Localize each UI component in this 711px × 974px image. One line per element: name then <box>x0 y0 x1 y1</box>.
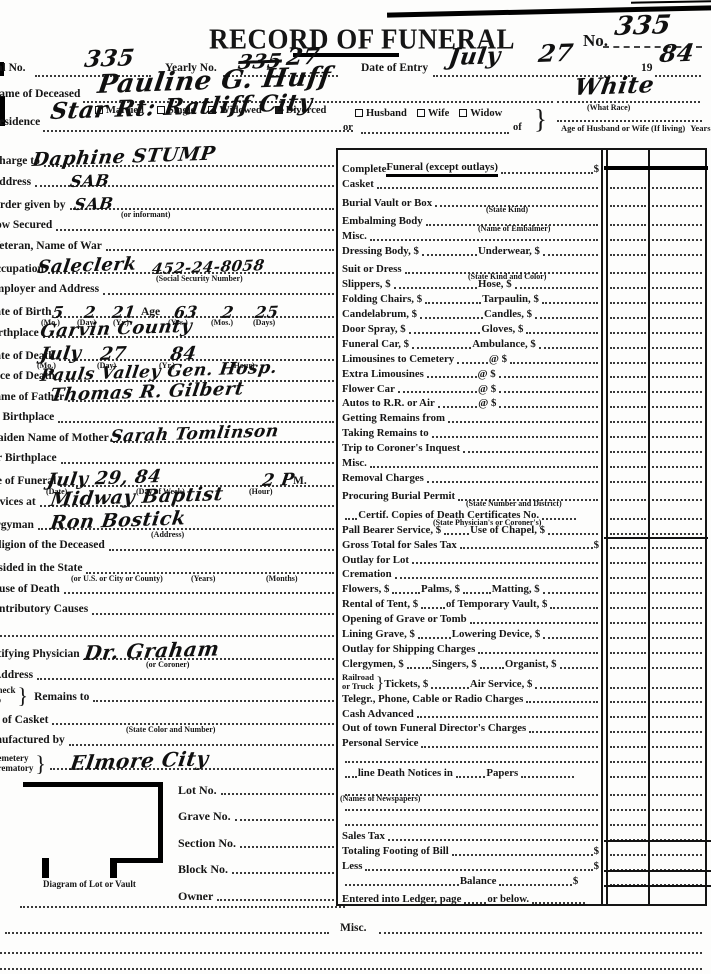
expense-label: Misc. <box>342 458 367 471</box>
expense-row: Removal Charges <box>338 471 705 486</box>
dotted-leader <box>395 577 598 579</box>
field-label: How Secured <box>0 220 52 235</box>
form-field-row: His Birthplace <box>0 406 335 427</box>
dotted-leader <box>106 249 334 251</box>
amount-cell <box>652 406 702 408</box>
field-label: Order given by <box>0 200 66 215</box>
brace-line: up <box>0 696 16 706</box>
amount-cell <box>610 421 646 423</box>
dotted-leader <box>345 884 459 886</box>
dotted-leader <box>345 776 357 778</box>
dotted-leader <box>370 466 598 468</box>
amount-cell <box>652 376 702 378</box>
expense-row: Extra Limousines@ $ <box>338 367 705 382</box>
expense-row-label-area: Flower Car@ $ <box>338 381 599 396</box>
expense-row: Casket <box>338 177 705 192</box>
dotted-leader <box>345 518 357 520</box>
form-field-row: If Veteran, Name of War <box>0 235 335 256</box>
brace-glyph: } <box>18 686 29 706</box>
expense-row: Cremation <box>338 567 705 582</box>
form-field-row: Manufactured by <box>0 729 335 750</box>
form-field-row: How Secured <box>0 214 335 235</box>
or-label: or <box>343 123 353 134</box>
expense-row-label-area: Funeral Car, $Ambulance, $ <box>338 337 599 352</box>
expense-label: Embalming Body <box>342 216 423 229</box>
expense-row-label-area: Misc. <box>338 456 599 471</box>
expense-row-label-area: Trip to Coroner's Inquest <box>338 441 599 456</box>
form-field-row: Style of Casket(State Color and Number) <box>0 706 335 729</box>
expense-label: $ <box>573 876 578 889</box>
dotted-leader <box>542 518 576 520</box>
amount-cell <box>610 761 646 763</box>
expense-row-label-area: Outlay for Lot <box>338 552 599 567</box>
form-field-row: Name of FatherThomas R. Gilbert <box>0 386 335 407</box>
amount-cell <box>610 224 646 226</box>
amount-cell <box>652 854 702 856</box>
expense-row-label-area: Embalming Body <box>338 210 599 229</box>
amount-cell <box>610 205 646 207</box>
residence-value: Star Rt: Ratliff City <box>49 91 314 123</box>
dotted-leader <box>420 317 483 319</box>
expense-label: Opening of Grave or Tomb <box>342 614 467 627</box>
amount-cell <box>610 652 646 654</box>
amount-cell <box>652 466 702 468</box>
dotted-leader <box>499 884 571 886</box>
amount-rule <box>604 840 711 842</box>
amount-cell <box>652 607 702 609</box>
expense-row: Rental of Tent, $of Temporary Vault, $ <box>338 597 705 612</box>
field-label: Maiden Name of Mother <box>0 433 109 448</box>
lot-field-row: Owner <box>178 878 335 905</box>
amount-cell <box>610 577 646 579</box>
form-field-row: CemeteryCrematory}Elmore City <box>0 750 335 774</box>
entry-month-value: July <box>447 44 502 69</box>
form-field-row: Resided in the State(or U.S. or City or … <box>0 555 335 578</box>
expense-row-label-area: Autos to R.R. or Air@ $ <box>338 396 599 411</box>
amount-cell <box>610 406 646 408</box>
expense-row <box>338 814 705 829</box>
field-label: Remains to <box>34 692 89 707</box>
expense-label: Limousines to Cemetery <box>342 354 454 367</box>
dotted-leader <box>37 678 334 680</box>
expense-row-label-area: Burial Vault or Box <box>338 192 599 211</box>
expense-row: Slippers, $Hose, $ <box>338 277 705 292</box>
amount-cell <box>610 716 646 718</box>
dotted-leader <box>361 132 509 134</box>
brace-glyph: } <box>35 754 46 774</box>
amount-cell <box>610 824 646 826</box>
dotted-leader <box>417 716 598 718</box>
dotted-leader <box>425 302 481 304</box>
expense-label: Trip to Coroner's Inquest <box>342 443 460 456</box>
field-label: Religion of the Deceased <box>0 540 105 555</box>
expense-row-label-area: Cash Advanced <box>338 706 599 721</box>
dotted-leader <box>432 436 598 438</box>
expense-label: Sales Tax <box>342 831 385 844</box>
field-label: Address <box>0 177 31 192</box>
lot-field-row: Block No. <box>178 852 335 879</box>
amount-cell <box>610 518 646 520</box>
amount-cell <box>610 302 646 304</box>
amount-cell <box>610 547 646 549</box>
dotted-leader <box>535 687 598 689</box>
expense-label: Balance <box>460 876 497 889</box>
amount-cell <box>652 761 702 763</box>
dotted-leader <box>464 902 486 904</box>
spouse-option-widow: Widow <box>459 108 502 119</box>
amount-cell <box>610 332 646 334</box>
serial-no-value: 335 <box>83 46 136 71</box>
amount-cell <box>652 577 702 579</box>
left-field-column: Charge toDaphine STUMPAddressSABOrder gi… <box>0 150 335 774</box>
dotted-leader <box>543 254 598 256</box>
amount-cell <box>610 347 646 349</box>
dotted-leader <box>412 562 598 564</box>
spouse-age-line: Age of Husband or Wife (If living) Years <box>561 124 701 133</box>
expense-label: Procuring Burial Permit <box>342 491 455 504</box>
amount-cell <box>652 652 702 654</box>
dotted-leader <box>548 533 598 535</box>
dotted-leader <box>365 869 592 871</box>
dotted-leader <box>240 846 334 848</box>
expense-row-label-area: Gross Total for Sales Tax$ <box>338 538 599 553</box>
brace-line: Check <box>0 686 16 696</box>
expense-label: Lowering Device, $ <box>452 629 540 642</box>
form-field-row: Checkup}Remains to <box>0 684 335 706</box>
form-field-row: Religion of the Deceased <box>0 534 335 555</box>
expense-label: Taking Remains to <box>342 428 429 441</box>
expense-row: Less$ <box>338 859 705 874</box>
amount-cell <box>610 809 646 811</box>
field-label: Owner <box>178 890 213 905</box>
dotted-leader <box>109 549 334 551</box>
amount-cell <box>610 731 646 733</box>
amount-cell <box>610 854 646 856</box>
dotted-leader <box>499 376 598 378</box>
amount-cell <box>652 701 702 703</box>
form-field-row: Certifying PhysicianDr. Graham(or Corone… <box>0 641 335 664</box>
expense-row: Totaling Footing of Bill$ <box>338 844 705 859</box>
expense-row-label-area <box>338 814 599 829</box>
expense-row-label-area: Personal Service <box>338 736 599 751</box>
dotted-leader <box>532 902 585 904</box>
field-label: Grave No. <box>178 810 231 825</box>
expense-row-label-area: Balance$ <box>338 874 599 889</box>
expense-row-label-area: Cremation <box>338 567 599 582</box>
lot-field-row: Lot No. <box>178 772 335 799</box>
expense-row: Out of town Funeral Director's Charges <box>338 721 705 736</box>
spouse-option-wife: Wife <box>417 108 449 119</box>
field-label: Manufactured by <box>0 735 65 750</box>
amount-cell <box>652 317 702 319</box>
expense-label: Matting, $ <box>492 584 540 597</box>
expense-row: Taking Remains to <box>338 426 705 441</box>
expense-row: Pall Bearer Service, $Use of Chapel, $ <box>338 523 705 538</box>
expense-label: Entered into Ledger, page <box>342 894 461 907</box>
expense-label: Clergymen, $ <box>342 659 404 672</box>
expense-row-label-area: Telegr., Phone, Cable or Radio Charges <box>338 692 599 707</box>
amount-cell <box>652 187 702 189</box>
expense-row: Misc. <box>338 229 705 244</box>
expense-label: Rental of Tent, $ <box>342 599 418 612</box>
expense-label: Telegr., Phone, Cable or Radio Charges <box>342 694 523 707</box>
expense-row-label-area: Sales Tax <box>338 829 599 844</box>
amount-cell <box>652 436 702 438</box>
dotted-leader <box>388 839 598 841</box>
lot-field-row: Grave No. <box>178 799 335 826</box>
form-field-row: OccupationSaleclerk452-24-8058(Social Se… <box>0 255 335 278</box>
dotted-leader <box>370 239 598 241</box>
expense-label: Tarpaulin, $ <box>482 294 539 307</box>
field-label: Her Birthplace <box>0 453 57 468</box>
expense-label-underlined: Funeral (except outlays) <box>386 162 498 177</box>
amount-cell <box>610 287 646 289</box>
expense-label: Burial Vault or Box <box>342 198 432 211</box>
lot-diagram-tick <box>110 858 117 878</box>
handwritten-entry: Dr. Graham <box>83 638 221 663</box>
amount-cell <box>652 347 702 349</box>
dotted-leader <box>480 667 504 669</box>
expense-row: Clergymen, $Singers, $Organist, $ <box>338 657 705 672</box>
dotted-leader <box>543 592 598 594</box>
expense-label: Flowers, $ <box>342 584 389 597</box>
expense-label: $ <box>594 846 599 859</box>
dotted-leader <box>557 120 702 122</box>
brace-label: Checkup} <box>0 686 28 706</box>
amount-cell <box>652 287 702 289</box>
amount-cell <box>652 224 702 226</box>
amount-cell <box>610 776 646 778</box>
brace-glyph: } <box>376 675 384 690</box>
expense-label: Papers <box>486 768 518 781</box>
expense-row-label-area: Entered into Ledger, pageor below. <box>338 889 599 907</box>
form-field-row: AddressSAB <box>0 171 335 192</box>
date-of-entry-label: Date of Entry <box>361 63 428 75</box>
dotted-leader <box>521 776 574 778</box>
expense-label: Personal Service <box>342 738 418 751</box>
dotted-leader <box>345 824 598 826</box>
amount-cell <box>610 317 646 319</box>
expense-row-label-area <box>338 751 599 766</box>
handwritten-entry: Saleclerk <box>36 256 138 277</box>
expense-label: Autos to R.R. or Air <box>342 398 435 411</box>
amount-cell <box>610 481 646 483</box>
expense-label: Gross Total for Sales Tax <box>342 540 457 553</box>
expense-row: Complete Funeral (except outlays)$ <box>338 153 705 177</box>
expense-row: Flower Car@ $ <box>338 381 705 396</box>
amount-cell <box>652 533 702 535</box>
expense-row: Sales Tax <box>338 829 705 844</box>
expense-label: Candles, $ <box>484 309 532 322</box>
expense-label: Flower Car <box>342 384 395 397</box>
expense-row: Railroador Truck} Tickets, $Air Service,… <box>338 672 705 692</box>
expense-row-label-area: Totaling Footing of Bill$ <box>338 844 599 859</box>
dotted-leader <box>5 932 329 934</box>
amount-cell <box>652 794 702 796</box>
form-field-row: Contributory Causes <box>0 598 335 619</box>
dotted-leader <box>379 932 702 934</box>
expense-row: Personal Service <box>338 736 705 751</box>
dotted-leader <box>221 793 334 795</box>
amount-cell <box>610 272 646 274</box>
expense-row: Getting Remains from <box>338 411 705 426</box>
amount-cell <box>610 687 646 689</box>
dotted-leader <box>103 293 334 295</box>
expense-row-label-area: Clergymen, $Singers, $Organist, $ <box>338 657 599 672</box>
expense-row: Embalming Body(Name of Embalmer) <box>338 210 705 229</box>
entry-year-value: 84 <box>658 41 696 66</box>
amount-cell <box>652 362 702 364</box>
expense-label: Use of Chapel, $ <box>470 525 545 538</box>
expense-label: Tickets, $ <box>384 679 428 692</box>
expense-label: Dressing Body, $ <box>342 246 419 259</box>
checkbox-icon <box>355 109 363 117</box>
printed-text: M. <box>293 476 307 488</box>
years-label: Years <box>690 124 710 133</box>
expense-label: Getting Remains from <box>342 413 445 426</box>
expense-label: Cash Advanced <box>342 709 414 722</box>
dotted-leader <box>232 872 334 874</box>
brace-label: Railroador Truck} <box>342 673 384 692</box>
expense-row-label-area: Limousines to Cemetery@ $ <box>338 352 599 367</box>
dotted-leader <box>235 819 334 821</box>
amount-rule <box>604 537 708 539</box>
expense-label: Funeral Car, $ <box>342 339 409 352</box>
dotted-leader <box>448 421 598 423</box>
expense-row: Opening of Grave or Tomb <box>338 612 705 627</box>
field-label: Services at <box>0 497 36 512</box>
expense-row: Telegr., Phone, Cable or Radio Charges <box>338 692 705 707</box>
race-caption: (What Race) <box>587 104 630 112</box>
dotted-leader <box>69 744 334 746</box>
brace-line: or Truck <box>342 682 374 691</box>
expense-row-label-area <box>338 799 599 814</box>
amount-cell <box>610 451 646 453</box>
expense-row-label-area: Extra Limousines@ $ <box>338 367 599 382</box>
amount-cell <box>610 376 646 378</box>
dotted-leader <box>421 607 445 609</box>
expense-label: @ $ <box>478 398 496 411</box>
field-label: Certifying Physician <box>0 649 80 664</box>
expense-row: (Names of Newspapers) <box>338 781 705 800</box>
dotted-leader <box>431 687 469 689</box>
expense-row: Door Spray, $Gloves, $ <box>338 322 705 337</box>
amount-cell <box>652 499 702 501</box>
expense-row: Cash Advanced <box>338 706 705 721</box>
dotted-leader <box>412 347 471 349</box>
dotted-leader <box>444 533 469 535</box>
amount-cell <box>652 205 702 207</box>
amount-cell <box>652 687 702 689</box>
expense-label: Extra Limousines <box>342 369 424 382</box>
expense-row: Procuring Burial Permit(State Number and… <box>338 486 705 505</box>
dotted-leader <box>539 347 598 349</box>
field-label: Style of Casket <box>0 715 48 730</box>
residence-label: Residence <box>0 117 40 129</box>
amount-cell <box>610 533 646 535</box>
amount-cell <box>652 239 702 241</box>
field-label: Employer and Address <box>0 284 99 299</box>
expense-label: @ $ <box>478 384 496 397</box>
brace-line: Crematory <box>0 764 33 774</box>
expense-label: Slippers, $ <box>342 279 391 292</box>
dotted-leader <box>427 376 477 378</box>
expense-label: Hose, $ <box>478 279 512 292</box>
dotted-leader <box>217 899 334 901</box>
dotted-leader <box>550 607 598 609</box>
amount-cell <box>652 547 702 549</box>
spouse-status-group: HusbandWifeWidow <box>355 108 502 119</box>
expense-row: Flowers, $Palms, $Matting, $ <box>338 582 705 597</box>
dotted-leader <box>0 952 702 954</box>
expense-row: Suit or Dress(State Kind and Color) <box>338 259 705 278</box>
expense-label: Door Spray, $ <box>342 324 406 337</box>
expense-row-label-area: Out of town Funeral Director's Charges <box>338 721 599 736</box>
expense-row: Outlay for Lot <box>338 552 705 567</box>
expense-label: Lining Grave, $ <box>342 629 415 642</box>
field-label: Lot No. <box>178 784 217 799</box>
amount-cell <box>610 239 646 241</box>
amount-cell <box>652 637 702 639</box>
amount-cell <box>652 667 702 669</box>
amount-cell <box>610 466 646 468</box>
expense-row: Gross Total for Sales Tax$ <box>338 538 705 553</box>
expense-label: Out of town Funeral Director's Charges <box>342 723 526 736</box>
expense-label: Air Service, $ <box>470 679 532 692</box>
lot-diagram-top-line <box>23 782 163 787</box>
dotted-leader <box>93 700 334 702</box>
dotted-leader <box>20 906 345 908</box>
dotted-leader <box>394 287 477 289</box>
dotted-leader <box>392 592 420 594</box>
amount-cell <box>610 746 646 748</box>
dotted-leader <box>456 776 486 778</box>
form-field-row: Order given bySAB(or informant) <box>0 191 335 214</box>
spouse-age-caption: Age of Husband or Wife (If living) <box>561 124 685 133</box>
expense-row: line Death Notices inPapers <box>338 766 705 781</box>
amount-cell <box>652 716 702 718</box>
brace-glyph: } <box>534 104 547 135</box>
expense-row <box>338 799 705 814</box>
of-label: of <box>513 123 522 134</box>
expense-row: Balance$ <box>338 874 705 889</box>
form-field-row: Charge toDaphine STUMP <box>0 150 335 171</box>
checkbox-label: Husband <box>366 108 407 119</box>
expense-label: @ $ <box>489 354 507 367</box>
expense-label: of Temporary Vault, $ <box>446 599 547 612</box>
field-label: Address <box>0 670 33 685</box>
expense-row-label-area: Casket <box>338 177 599 192</box>
entry-day-value: 27 <box>537 41 575 66</box>
expense-label: $ <box>594 861 599 874</box>
field-label: If Veteran, Name of War <box>0 241 102 256</box>
expense-label: Removal Charges <box>342 473 424 486</box>
amount-cell <box>610 622 646 624</box>
amount-cell <box>610 391 646 393</box>
expense-rows: Complete Funeral (except outlays)$Casket… <box>338 153 705 907</box>
handwritten-entry: SAB <box>69 173 110 190</box>
expense-row: Entered into Ledger, pageor below. <box>338 889 705 907</box>
expense-row: Trip to Coroner's Inquest <box>338 441 705 456</box>
dotted-leader <box>61 462 334 464</box>
checkbox-icon <box>417 109 425 117</box>
scan-artifact <box>631 0 711 3</box>
dotted-leader <box>460 547 593 549</box>
dotted-leader <box>345 809 598 811</box>
form-field-row: Address <box>0 664 335 685</box>
expense-row-label-area: Candelabrum, $Candles, $ <box>338 307 599 322</box>
field-label: Cause of Death <box>0 584 60 599</box>
